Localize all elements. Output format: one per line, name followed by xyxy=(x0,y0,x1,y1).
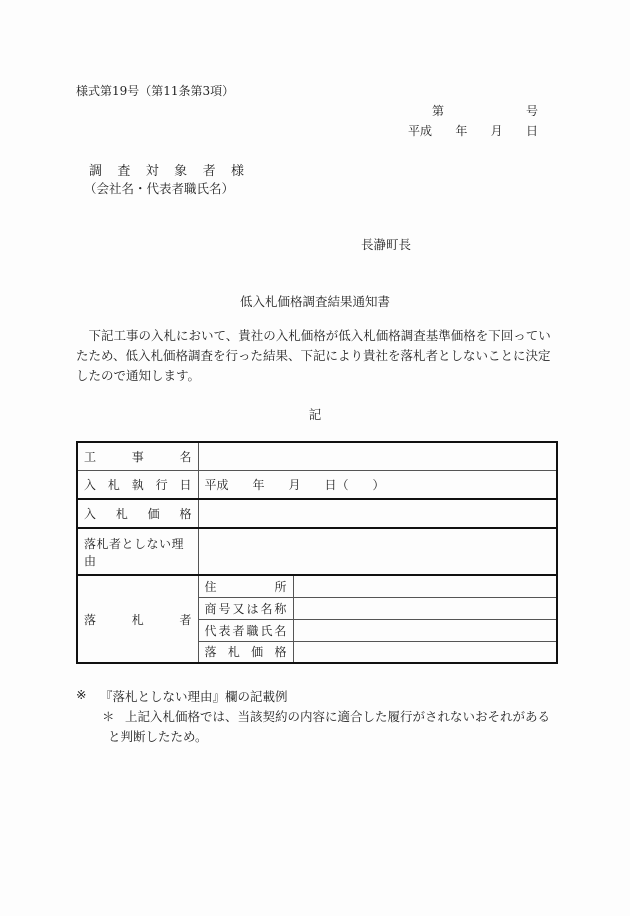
note-mark: ※ xyxy=(76,687,86,702)
label-char: 札 xyxy=(108,476,120,493)
sub-label: 代 表 者 職 氏 名 xyxy=(198,619,293,641)
bid-date-field[interactable]: 平成 年 月 日（ ） xyxy=(198,470,557,499)
addressee-label: 調 査 対 象 者 様 xyxy=(89,160,244,179)
addressee-char: 対 xyxy=(146,160,159,179)
date-era: 平成 xyxy=(408,122,432,139)
doc-number-prefix: 第 xyxy=(432,102,444,119)
label-char: 入 xyxy=(84,476,96,493)
sub-label: 商 号 又 は 名 称 xyxy=(198,597,293,619)
row-label: 入 札 執 行 日 xyxy=(77,470,198,499)
label-char: 号 xyxy=(218,600,230,617)
label-char: 札 xyxy=(116,505,128,522)
label-char: 格 xyxy=(274,643,286,660)
addressee-char: 者 xyxy=(203,160,216,179)
label-char: 落 xyxy=(205,643,217,660)
addressee-char: 調 xyxy=(89,160,102,179)
label-char: 又 xyxy=(232,600,244,617)
label-char: 札 xyxy=(228,643,240,660)
reason-field[interactable] xyxy=(198,528,557,575)
sub-label: 落 札 価 格 xyxy=(198,641,293,663)
notice-table: 工 事 名 入 札 執 行 日 平成 年 月 日（ ） 入 札 価 格 落札者と… xyxy=(76,441,558,664)
label-char: 工 xyxy=(84,448,96,465)
label-char: 職 xyxy=(246,622,258,639)
label-char: は xyxy=(246,600,258,617)
label-char: 住 xyxy=(205,578,217,595)
table-row: 落札者としない理由 xyxy=(77,528,557,575)
label-char: 日 xyxy=(179,476,191,493)
body-paragraph: 下記工事の入札において、貴社の入札価格が低入札価格調査基準価格を下回っていたため… xyxy=(76,326,556,386)
note-heading: 『落札としない理由』欄の記載例 xyxy=(100,687,288,705)
addressee-char: 様 xyxy=(231,160,244,179)
issue-date: 平成 年 月 日 xyxy=(408,122,538,139)
sub-label: 住 所 xyxy=(198,575,293,597)
label-char: 者 xyxy=(179,611,191,628)
label-char: 称 xyxy=(274,600,286,617)
date-month: 月 xyxy=(491,122,503,139)
representative-field[interactable] xyxy=(293,619,557,641)
label-char: 氏 xyxy=(260,622,272,639)
construction-name-field[interactable] xyxy=(198,442,557,470)
document-title: 低入札価格調査結果通知書 xyxy=(0,292,630,310)
sender: 長瀞町長 xyxy=(361,235,411,253)
label-char: 商 xyxy=(205,600,217,617)
winning-price-field[interactable] xyxy=(293,641,557,663)
document-number: 第 号 xyxy=(432,102,538,119)
label-char: 名 xyxy=(274,622,286,639)
label-char: 所 xyxy=(274,578,286,595)
bid-price-field[interactable] xyxy=(198,499,557,528)
table-row: 入 札 執 行 日 平成 年 月 日（ ） xyxy=(77,470,557,499)
label-char: 名 xyxy=(179,448,191,465)
date-year: 年 xyxy=(455,122,467,139)
label-char: 格 xyxy=(179,505,191,522)
label-char: 事 xyxy=(132,448,144,465)
winner-label: 落 札 者 xyxy=(77,575,198,663)
label-char: 代 xyxy=(205,622,217,639)
form-number: 様式第19号（第11条第3項） xyxy=(76,82,234,99)
label-char: 者 xyxy=(232,622,244,639)
label-char: 札 xyxy=(132,611,144,628)
company-name-field[interactable] xyxy=(293,597,557,619)
table-row: 落 札 者 住 所 xyxy=(77,575,557,597)
table-row: 工 事 名 xyxy=(77,442,557,470)
ki-heading: 記 xyxy=(0,405,630,423)
addressee-sub: （会社名・代表者職氏名） xyxy=(84,179,234,197)
label-char: 行 xyxy=(156,476,168,493)
doc-number-suffix: 号 xyxy=(526,102,538,119)
row-label: 入 札 価 格 xyxy=(77,499,198,528)
label-char: 価 xyxy=(148,505,160,522)
addressee-char: 象 xyxy=(174,160,187,179)
table-row: 入 札 価 格 xyxy=(77,499,557,528)
reason-label: 落札者としない理由 xyxy=(77,528,198,575)
addressee-char: 査 xyxy=(117,160,130,179)
address-field[interactable] xyxy=(293,575,557,597)
date-day: 日 xyxy=(526,122,538,139)
row-label: 工 事 名 xyxy=(77,442,198,470)
label-char: 価 xyxy=(251,643,263,660)
label-char: 落 xyxy=(84,611,96,628)
label-char: 名 xyxy=(260,600,272,617)
label-char: 入 xyxy=(84,505,96,522)
label-char: 表 xyxy=(218,622,230,639)
label-char: 執 xyxy=(132,476,144,493)
note-text: 上記入札価格では、当該契約の内容に適合した履行がされないおそれがあると判断したた… xyxy=(108,707,558,747)
